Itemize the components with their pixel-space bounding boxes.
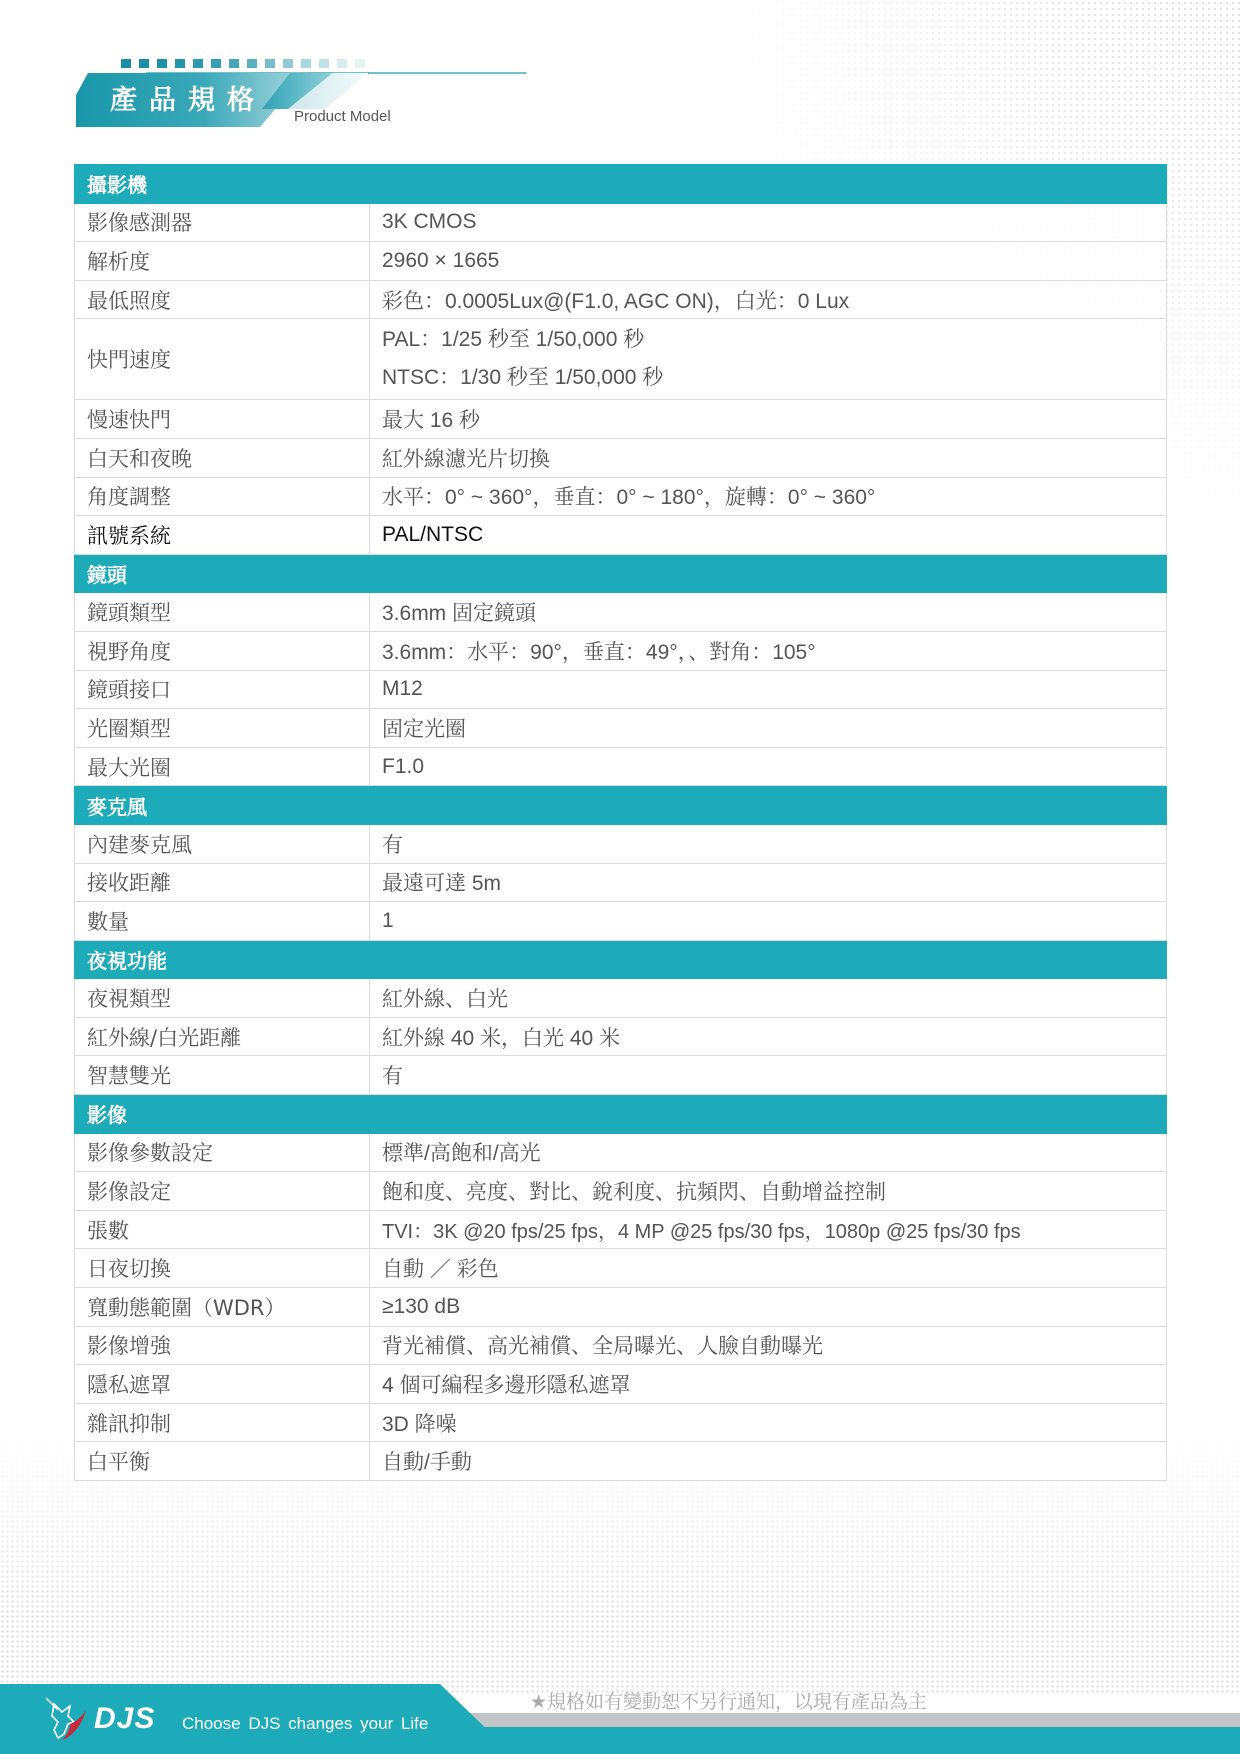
spec-value: TVI：3K @20 fps/25 fps，4 MP @25 fps/30 fp… <box>370 1210 1167 1249</box>
spec-value: 固定光圈 <box>370 709 1167 748</box>
table-row: 快門速度 PAL：1/25 秒至 1/50,000 秒 NTSC：1/30 秒至… <box>75 319 1167 400</box>
table-row: 雜訊抑制 3D 降噪 <box>75 1403 1167 1442</box>
spec-value: PAL/NTSC <box>370 516 1167 555</box>
decorative-square <box>301 59 311 68</box>
spec-value: 有 <box>370 824 1167 863</box>
table-row: 張數 TVI：3K @20 fps/25 fps，4 MP @25 fps/30… <box>75 1210 1167 1249</box>
table-row: 最低照度 彩色：0.0005Lux@(F1.0, AGC ON)，白光：0 Lu… <box>75 280 1167 319</box>
spec-label: 慢速快門 <box>75 400 370 439</box>
table-row: 白平衡 自動/手動 <box>75 1442 1167 1481</box>
spec-label: 張數 <box>75 1210 370 1249</box>
table-row: 影像參數設定 標準/高飽和/高光 <box>75 1133 1167 1172</box>
spec-value: 紅外線濾光片切換 <box>370 438 1167 477</box>
table-row: 日夜切換 自動 ／ 彩色 <box>75 1249 1167 1288</box>
decorative-square <box>247 59 257 68</box>
spec-value: 紅外線 40 米，白光 40 米 <box>370 1017 1167 1056</box>
spec-value: 1 <box>370 902 1167 941</box>
spec-label: 寬動態範圍（WDR） <box>75 1288 370 1327</box>
spec-value: 3K CMOS <box>370 203 1167 242</box>
spec-value: ≥130 dB <box>370 1288 1167 1327</box>
spec-label: 智慧雙光 <box>75 1056 370 1095</box>
spec-label: 日夜切換 <box>75 1249 370 1288</box>
spec-label: 影像增強 <box>75 1326 370 1365</box>
decorative-square <box>337 59 347 68</box>
table-row: 接收距離 最遠可達 5m <box>75 863 1167 902</box>
decorative-square <box>283 59 293 68</box>
table-row: 隱私遮罩 4 個可編程多邊形隱私遮罩 <box>75 1365 1167 1404</box>
brand-logo: DJS <box>40 1694 155 1744</box>
spec-label: 雜訊抑制 <box>75 1403 370 1442</box>
table-row: 慢速快門 最大 16 秒 <box>75 400 1167 439</box>
spec-label: 光圈類型 <box>75 709 370 748</box>
section-header-lens: 鏡頭 <box>75 554 1167 593</box>
decorative-square <box>319 59 329 68</box>
spec-label: 鏡頭接口 <box>75 670 370 709</box>
unicorn-logo-icon <box>40 1694 90 1744</box>
section-title: 夜視功能 <box>75 940 1167 979</box>
table-row: 數量 1 <box>75 902 1167 941</box>
spec-label: 快門速度 <box>75 319 370 400</box>
decorative-square <box>211 59 221 68</box>
section-title: 鏡頭 <box>75 554 1167 593</box>
spec-value: 水平：0° ~ 360°，垂直：0° ~ 180°，旋轉：0° ~ 360° <box>370 477 1167 516</box>
section-heading: 產品規格 Product Model <box>76 56 456 136</box>
table-row: 光圈類型 固定光圈 <box>75 709 1167 748</box>
spec-value: 3.6mm 固定鏡頭 <box>370 593 1167 632</box>
table-row: 訊號系統 PAL/NTSC <box>75 516 1167 555</box>
spec-value: 2960 × 1665 <box>370 242 1167 281</box>
spec-value: 自動/手動 <box>370 1442 1167 1481</box>
section-header-image: 影像 <box>75 1095 1167 1134</box>
table-row: 影像增強 背光補償、高光補償、全局曝光、人臉自動曝光 <box>75 1326 1167 1365</box>
section-header-microphone: 麥克風 <box>75 786 1167 825</box>
table-row: 解析度 2960 × 1665 <box>75 242 1167 281</box>
spec-table: 攝影機 影像感測器 3K CMOS 解析度 2960 × 1665 最低照度 彩… <box>74 164 1167 1481</box>
spec-label: 白天和夜晚 <box>75 438 370 477</box>
spec-value: 3.6mm：水平：90°，垂直：49°，、對角：105° <box>370 631 1167 670</box>
footer-grey-stripe <box>440 1713 1240 1727</box>
spec-value: 有 <box>370 1056 1167 1095</box>
table-row: 智慧雙光 有 <box>75 1056 1167 1095</box>
spec-label: 影像感測器 <box>75 203 370 242</box>
spec-label: 解析度 <box>75 242 370 281</box>
table-row: 視野角度 3.6mm：水平：90°，垂直：49°，、對角：105° <box>75 631 1167 670</box>
spec-value: 3D 降噪 <box>370 1403 1167 1442</box>
spec-value: F1.0 <box>370 747 1167 786</box>
spec-label: 角度調整 <box>75 477 370 516</box>
disclaimer-note: ★規格如有變動恕不另行通知，以現有產品為主 <box>530 1687 927 1714</box>
decorative-square <box>157 59 167 68</box>
section-title: 麥克風 <box>75 786 1167 825</box>
spec-value-line: PAL：1/25 秒至 1/50,000 秒 <box>382 321 1166 359</box>
brand-name: DJS <box>94 1702 155 1736</box>
spec-label: 白平衡 <box>75 1442 370 1481</box>
section-header-night-vision: 夜視功能 <box>75 940 1167 979</box>
spec-label: 隱私遮罩 <box>75 1365 370 1404</box>
decorative-square <box>229 59 239 68</box>
table-row: 影像設定 飽和度、亮度、對比、銳利度、抗頻閃、自動增益控制 <box>75 1172 1167 1211</box>
table-row: 夜視類型 紅外線、白光 <box>75 979 1167 1018</box>
decorative-square <box>193 59 203 68</box>
page-title: 產品規格 <box>110 78 266 117</box>
spec-value: 紅外線、白光 <box>370 979 1167 1018</box>
spec-value: 最遠可達 5m <box>370 863 1167 902</box>
spec-label: 內建麥克風 <box>75 824 370 863</box>
table-row: 角度調整 水平：0° ~ 360°，垂直：0° ~ 180°，旋轉：0° ~ 3… <box>75 477 1167 516</box>
table-row: 內建麥克風 有 <box>75 824 1167 863</box>
table-row: 影像感測器 3K CMOS <box>75 203 1167 242</box>
spec-label: 影像設定 <box>75 1172 370 1211</box>
spec-value-line: NTSC：1/30 秒至 1/50,000 秒 <box>382 359 1166 397</box>
spec-value: 自動 ／ 彩色 <box>370 1249 1167 1288</box>
spec-value-multi: PAL：1/25 秒至 1/50,000 秒 NTSC：1/30 秒至 1/50… <box>370 319 1167 400</box>
brand-slogan: Choose DJS changes your Life <box>182 1714 428 1734</box>
spec-label: 數量 <box>75 902 370 941</box>
section-header-camera: 攝影機 <box>75 165 1167 204</box>
table-row: 鏡頭接口 M12 <box>75 670 1167 709</box>
table-row: 白天和夜晚 紅外線濾光片切換 <box>75 438 1167 477</box>
spec-label: 最大光圈 <box>75 747 370 786</box>
decorative-square <box>121 59 131 68</box>
spec-label: 接收距離 <box>75 863 370 902</box>
table-row: 寬動態範圍（WDR） ≥130 dB <box>75 1288 1167 1327</box>
table-row: 最大光圈 F1.0 <box>75 747 1167 786</box>
spec-value: 背光補償、高光補償、全局曝光、人臉自動曝光 <box>370 1326 1167 1365</box>
spec-label: 視野角度 <box>75 631 370 670</box>
table-row: 紅外線/白光距離 紅外線 40 米，白光 40 米 <box>75 1017 1167 1056</box>
decorative-square <box>175 59 185 68</box>
decorative-square <box>265 59 275 68</box>
decorative-squares <box>121 59 365 68</box>
decorative-square <box>355 59 365 68</box>
spec-label: 訊號系統 <box>75 516 370 555</box>
spec-label: 夜視類型 <box>75 979 370 1018</box>
spec-value: 彩色：0.0005Lux@(F1.0, AGC ON)，白光：0 Lux <box>370 280 1167 319</box>
spec-value: 飽和度、亮度、對比、銳利度、抗頻閃、自動增益控制 <box>370 1172 1167 1211</box>
page-subtitle: Product Model <box>294 108 391 125</box>
spec-value: 4 個可編程多邊形隱私遮罩 <box>370 1365 1167 1404</box>
spec-label: 影像參數設定 <box>75 1133 370 1172</box>
spec-label: 鏡頭類型 <box>75 593 370 632</box>
spec-value: 最大 16 秒 <box>370 400 1167 439</box>
spec-value: M12 <box>370 670 1167 709</box>
decorative-square <box>139 59 149 68</box>
section-title: 影像 <box>75 1095 1167 1134</box>
spec-label: 紅外線/白光距離 <box>75 1017 370 1056</box>
spec-value: 標準/高飽和/高光 <box>370 1133 1167 1172</box>
spec-label: 最低照度 <box>75 280 370 319</box>
section-title: 攝影機 <box>75 165 1167 204</box>
table-row: 鏡頭類型 3.6mm 固定鏡頭 <box>75 593 1167 632</box>
